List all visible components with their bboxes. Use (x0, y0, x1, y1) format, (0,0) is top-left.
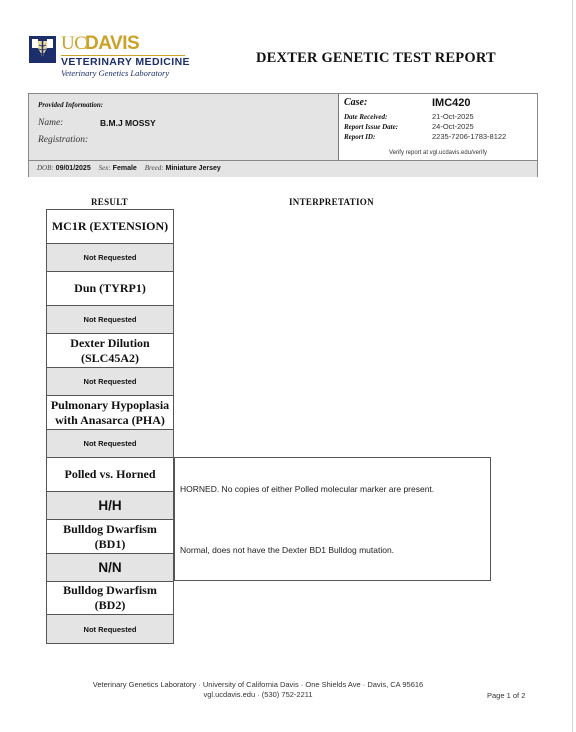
logo-davis: DAVIS (85, 33, 139, 55)
footer-address: Veterinary Genetics Laboratory · Univers… (0, 680, 516, 690)
sex-label: Sex: (99, 164, 111, 172)
test-result: N/N (47, 554, 173, 582)
test-name: Pulmonary Hypoplasia with Anasarca (PHA) (47, 396, 173, 430)
report-id-value: 2235-7206-1783-8122 (432, 132, 506, 141)
ucdavis-vetmed-logo: UC DAVIS VETERINARY MEDICINE Veterinary … (29, 36, 199, 80)
interpretation-bd1: Normal, does not have the Dexter BD1 Bul… (174, 519, 491, 581)
test-result: H/H (47, 492, 173, 520)
issue-date-value: 24-Oct-2025 (432, 122, 474, 131)
logo-uc: UC (61, 33, 86, 55)
page-number: Page 1 of 2 (487, 691, 525, 700)
date-received-label: Date Received: (344, 113, 387, 121)
test-result: Not Requested (47, 368, 173, 396)
test-name: Dexter Dilution (SLC45A2) (47, 334, 173, 368)
issue-date-label: Report Issue Date: (344, 123, 398, 131)
registration-label: Registration: (38, 135, 88, 145)
breed-label: Breed: (145, 164, 164, 172)
name-value: B.M.J MOSSY (100, 118, 156, 128)
sex-value: Female (113, 165, 137, 172)
test-result: Not Requested (47, 306, 173, 334)
report-title: DEXTER GENETIC TEST REPORT (256, 50, 496, 67)
page-edge (572, 0, 573, 732)
footer-contact: vgl.ucdavis.edu · (530) 752-2211 (0, 690, 516, 700)
logo-lab: Veterinary Genetics Laboratory (61, 68, 169, 78)
logo-school: VETERINARY MEDICINE (61, 56, 190, 68)
test-name: Dun (TYRP1) (47, 272, 173, 306)
case-value: IMC420 (432, 97, 471, 109)
test-name: MC1R (EXTENSION) (47, 210, 173, 244)
interpretation-column-header: INTERPRETATION (289, 197, 374, 207)
test-result: Not Requested (47, 430, 173, 458)
provided-information: Provided Information: Name: B.M.J MOSSY … (29, 94, 339, 160)
provided-label: Provided Information: (38, 101, 103, 109)
name-label: Name: (38, 118, 63, 128)
report-id-label: Report ID: (344, 133, 375, 141)
caduceus-shield-icon (29, 36, 56, 63)
case-label: Case: (344, 97, 367, 108)
dob-value: 09/01/2025 (56, 165, 91, 172)
date-received-value: 21-Oct-2025 (432, 112, 474, 121)
test-result: Not Requested (47, 244, 173, 272)
test-result: Not Requested (47, 615, 173, 643)
results-table: MC1R (EXTENSION) Not Requested Dun (TYRP… (46, 209, 174, 644)
result-column-header: RESULT (91, 197, 128, 207)
interpretation-polled: HORNED. No copies of either Polled molec… (174, 457, 491, 520)
verify-link[interactable]: Verify report at vgl.ucdavis.edu/verify (339, 150, 537, 156)
test-name: Bulldog Dwarfism (BD1) (47, 520, 173, 554)
dob-label: DOB: (37, 164, 54, 172)
test-name: Bulldog Dwarfism (BD2) (47, 582, 173, 615)
animal-details: DOB: 09/01/2025 Sex: Female Breed: Minia… (29, 160, 537, 177)
test-name: Polled vs. Horned (47, 458, 173, 492)
info-box: Provided Information: Name: B.M.J MOSSY … (28, 93, 538, 177)
breed-value: Miniature Jersey (166, 165, 221, 172)
case-information: Case: IMC420 Date Received: 21-Oct-2025 … (339, 94, 537, 160)
